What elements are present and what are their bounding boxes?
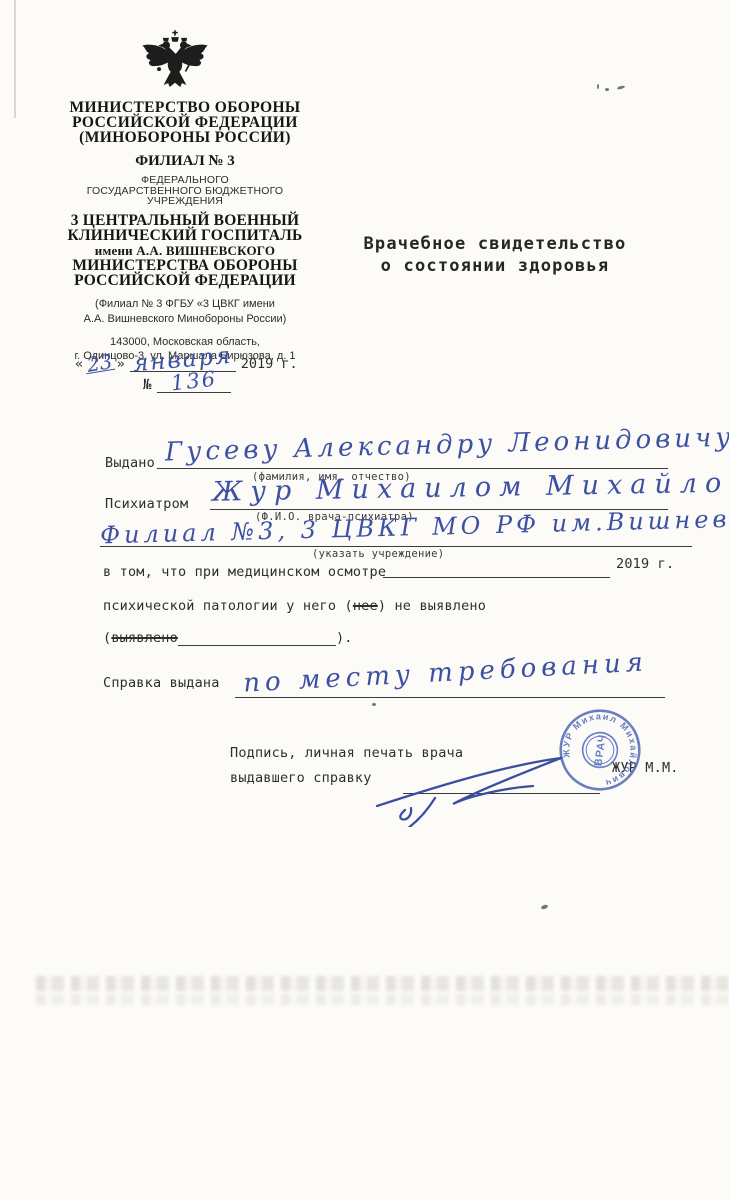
institution-hint: (указать учреждение) — [312, 548, 444, 560]
conclusion-text: психической патологии у него ( — [103, 598, 353, 614]
exam-date-blank-line — [383, 577, 610, 578]
detected-blank-line — [178, 632, 336, 646]
branch-note-line: (Филиал № 3 ФГБУ «3 ЦВКГ имени — [50, 297, 320, 312]
ministry-line: РОССИЙСКОЙ ФЕДЕРАЦИИ — [50, 115, 320, 130]
issued-to-label: Выдано — [105, 455, 155, 471]
scan-speck — [605, 88, 609, 91]
year-label: 2019 г. — [241, 356, 298, 372]
bleedthrough-text-band — [36, 976, 729, 991]
ministry-line: МИНИСТЕРСТВО ОБОРОНЫ — [50, 100, 320, 115]
signature-caption-line2: выдавшего справку — [230, 770, 372, 786]
document-title: Врачебное свидетельство о состоянии здор… — [352, 233, 638, 277]
scan-speck — [617, 85, 626, 90]
exam-statement: в том, что при медицинском осмотре — [103, 564, 386, 580]
struck-word-detected: выявлено — [111, 630, 178, 646]
paren-close: ). — [336, 630, 353, 646]
letterhead: МИНИСТЕРСТВО ОБОРОНЫ РОССИЙСКОЙ ФЕДЕРАЦИ… — [50, 100, 320, 363]
exam-year: 2019 г. — [616, 556, 674, 572]
quote-close: » — [117, 356, 125, 372]
hospital-line: КЛИНИЧЕСКИЙ ГОСПИТАЛЬ — [50, 228, 320, 243]
hospital-line: 3 ЦЕНТРАЛЬНЫЙ ВОЕННЫЙ — [50, 213, 320, 228]
branch-note-line: А.А. Вишневского Минобороны России) — [50, 312, 320, 327]
conclusion-text: ) не выявлено — [378, 598, 486, 614]
paper-edge — [14, 0, 16, 118]
psychiatrist-label: Психиатром — [105, 496, 188, 512]
bleedthrough-text-band — [36, 994, 729, 1005]
title-line: Врачебное свидетельство — [352, 233, 638, 255]
number-sign: № — [143, 377, 151, 393]
detected-statement: (выявлено). — [103, 630, 353, 646]
month-blank-line: января — [130, 352, 236, 372]
scanned-medical-certificate: МИНИСТЕРСТВО ОБОРОНЫ РОССИЙСКОЙ ФЕДЕРАЦИ… — [0, 0, 729, 1200]
scan-speck — [541, 904, 549, 910]
issued-for-label: Справка выдана — [103, 675, 220, 691]
handwritten-patient-name: Гусеву Александру Леонидовичу — [165, 423, 729, 468]
hospital-line: имени А.А. ВИШНЕВСКОГО — [50, 243, 320, 258]
hospital-line: РОССИЙСКОЙ ФЕДЕРАЦИИ — [50, 273, 320, 288]
handwritten-day: 23 — [84, 354, 116, 374]
ministry-line: (МИНОБОРОНЫ РОССИИ) — [50, 130, 320, 145]
doctor-signature — [365, 742, 575, 827]
institution-type-line: ФЕДЕРАЛЬНОГО — [50, 175, 320, 186]
hospital-line: МИНИСТЕРСТВА ОБОРОНЫ — [50, 258, 320, 273]
issued-to-blank-line — [157, 468, 668, 469]
branch-title: ФИЛИАЛ № 3 — [50, 154, 320, 168]
paren-open: ( — [103, 630, 111, 646]
handwritten-purpose: по месту требования — [242, 647, 648, 698]
quote-open: « — [75, 356, 83, 372]
handwritten-number: 136 — [171, 372, 218, 392]
number-blank-line: 136 — [157, 374, 231, 393]
struck-word-nee: нее — [353, 598, 378, 614]
institution-type-line: УЧРЕЖДЕНИЯ — [50, 196, 320, 207]
double-headed-eagle-emblem — [137, 30, 213, 96]
scan-speck — [597, 84, 599, 89]
scan-speck — [372, 703, 376, 706]
title-line: о состоянии здоровья — [352, 255, 638, 277]
document-number: № 136 — [143, 374, 231, 393]
conclusion-statement: психической патологии у него (нее) не вы… — [103, 598, 486, 614]
